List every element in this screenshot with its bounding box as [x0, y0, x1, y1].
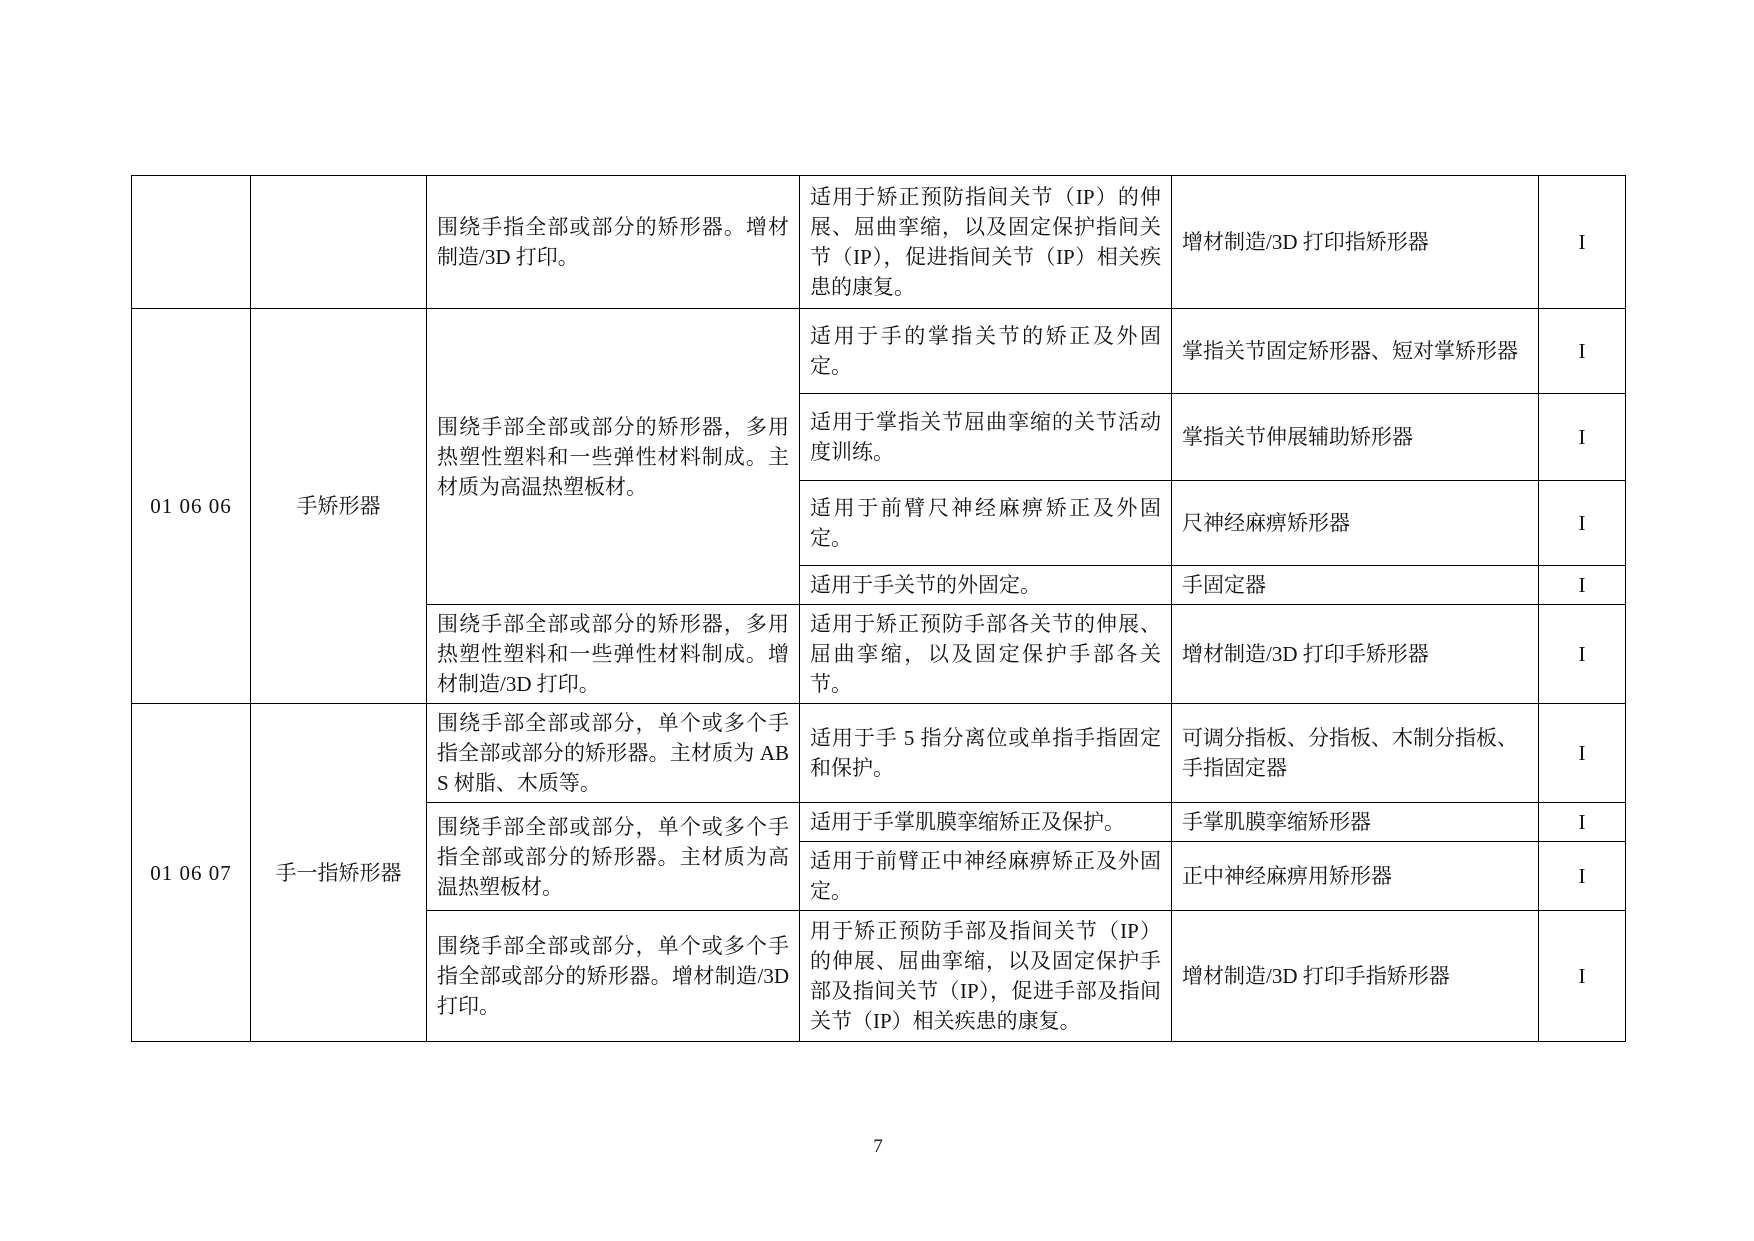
- cell-class: I: [1539, 309, 1626, 394]
- cell-product-names: 掌指关节伸展辅助矫形器: [1172, 394, 1539, 481]
- cell-code: [132, 176, 251, 309]
- table-row: 01 06 06 手矫形器 围绕手部全部或部分的矫形器，多用热塑性塑料和一些弹性…: [132, 309, 1626, 394]
- cell-intended-use: 适用于手掌肌膜挛缩矫正及保护。: [800, 803, 1172, 842]
- cell-class: I: [1539, 803, 1626, 842]
- cell-name: 手一指矫形器: [251, 704, 427, 1042]
- classification-table: 围绕手指全部或部分的矫形器。增材制造/3D 打印。 适用于矫正预防指间关节（IP…: [131, 175, 1626, 1042]
- cell-name: [251, 176, 427, 309]
- cell-intended-use: 适用于手 5 指分离位或单指手指固定和保护。: [800, 704, 1172, 803]
- cell-intended-use: 适用于手的掌指关节的矫正及外固定。: [800, 309, 1172, 394]
- table-row: 01 06 07 手一指矫形器 围绕手部全部或部分，单个或多个手指全部或部分的矫…: [132, 704, 1626, 803]
- cell-intended-use: 适用于手关节的外固定。: [800, 566, 1172, 605]
- cell-class: I: [1539, 176, 1626, 309]
- cell-product-names: 手掌肌膜挛缩矫形器: [1172, 803, 1539, 842]
- cell-intended-use: 适用于前臂尺神经麻痹矫正及外固定。: [800, 481, 1172, 566]
- cell-product-names: 手固定器: [1172, 566, 1539, 605]
- table-row: 围绕手指全部或部分的矫形器。增材制造/3D 打印。 适用于矫正预防指间关节（IP…: [132, 176, 1626, 309]
- cell-product-names: 掌指关节固定矫形器、短对掌矫形器: [1172, 309, 1539, 394]
- cell-class: I: [1539, 842, 1626, 911]
- document-page: { "page": { "number": "7" }, "catalog": …: [0, 0, 1754, 1241]
- cell-product-names: 增材制造/3D 打印手指矫形器: [1172, 911, 1539, 1042]
- cell-product-names: 增材制造/3D 打印指矫形器: [1172, 176, 1539, 309]
- cell-code: 01 06 06: [132, 309, 251, 704]
- cell-class: I: [1539, 605, 1626, 704]
- cell-class: I: [1539, 481, 1626, 566]
- page-number: 7: [131, 1136, 1625, 1158]
- cell-code: 01 06 07: [132, 704, 251, 1042]
- cell-description: 围绕手部全部或部分，单个或多个手指全部或部分的矫形器。增材制造/3D 打印。: [427, 911, 800, 1042]
- cell-class: I: [1539, 566, 1626, 605]
- cell-class: I: [1539, 911, 1626, 1042]
- cell-intended-use: 适用于矫正预防手部各关节的伸展、屈曲挛缩，以及固定保护手部各关节。: [800, 605, 1172, 704]
- cell-description: 围绕手部全部或部分的矫形器，多用热塑性塑料和一些弹性材料制成。增材制造/3D 打…: [427, 605, 800, 704]
- cell-class: I: [1539, 704, 1626, 803]
- cell-product-names: 尺神经麻痹矫形器: [1172, 481, 1539, 566]
- cell-description: 围绕手部全部或部分，单个或多个手指全部或部分的矫形器。主材质为 ABS 树脂、木…: [427, 704, 800, 803]
- cell-class: I: [1539, 394, 1626, 481]
- cell-description: 围绕手部全部或部分的矫形器，多用热塑性塑料和一些弹性材料制成。主材质为高温热塑板…: [427, 309, 800, 605]
- cell-description: 围绕手部全部或部分，单个或多个手指全部或部分的矫形器。主材质为高温热塑板材。: [427, 803, 800, 911]
- cell-product-names: 增材制造/3D 打印手矫形器: [1172, 605, 1539, 704]
- cell-intended-use: 适用于矫正预防指间关节（IP）的伸展、屈曲挛缩，以及固定保护指间关节（IP），促…: [800, 176, 1172, 309]
- cell-intended-use: 适用于掌指关节屈曲挛缩的关节活动度训练。: [800, 394, 1172, 481]
- cell-intended-use: 用于矫正预防手部及指间关节（IP）的伸展、屈曲挛缩，以及固定保护手部及指间关节（…: [800, 911, 1172, 1042]
- cell-product-names: 可调分指板、分指板、木制分指板、手指固定器: [1172, 704, 1539, 803]
- cell-description: 围绕手指全部或部分的矫形器。增材制造/3D 打印。: [427, 176, 800, 309]
- cell-intended-use: 适用于前臂正中神经麻痹矫正及外固定。: [800, 842, 1172, 911]
- cell-product-names: 正中神经麻痹用矫形器: [1172, 842, 1539, 911]
- cell-name: 手矫形器: [251, 309, 427, 704]
